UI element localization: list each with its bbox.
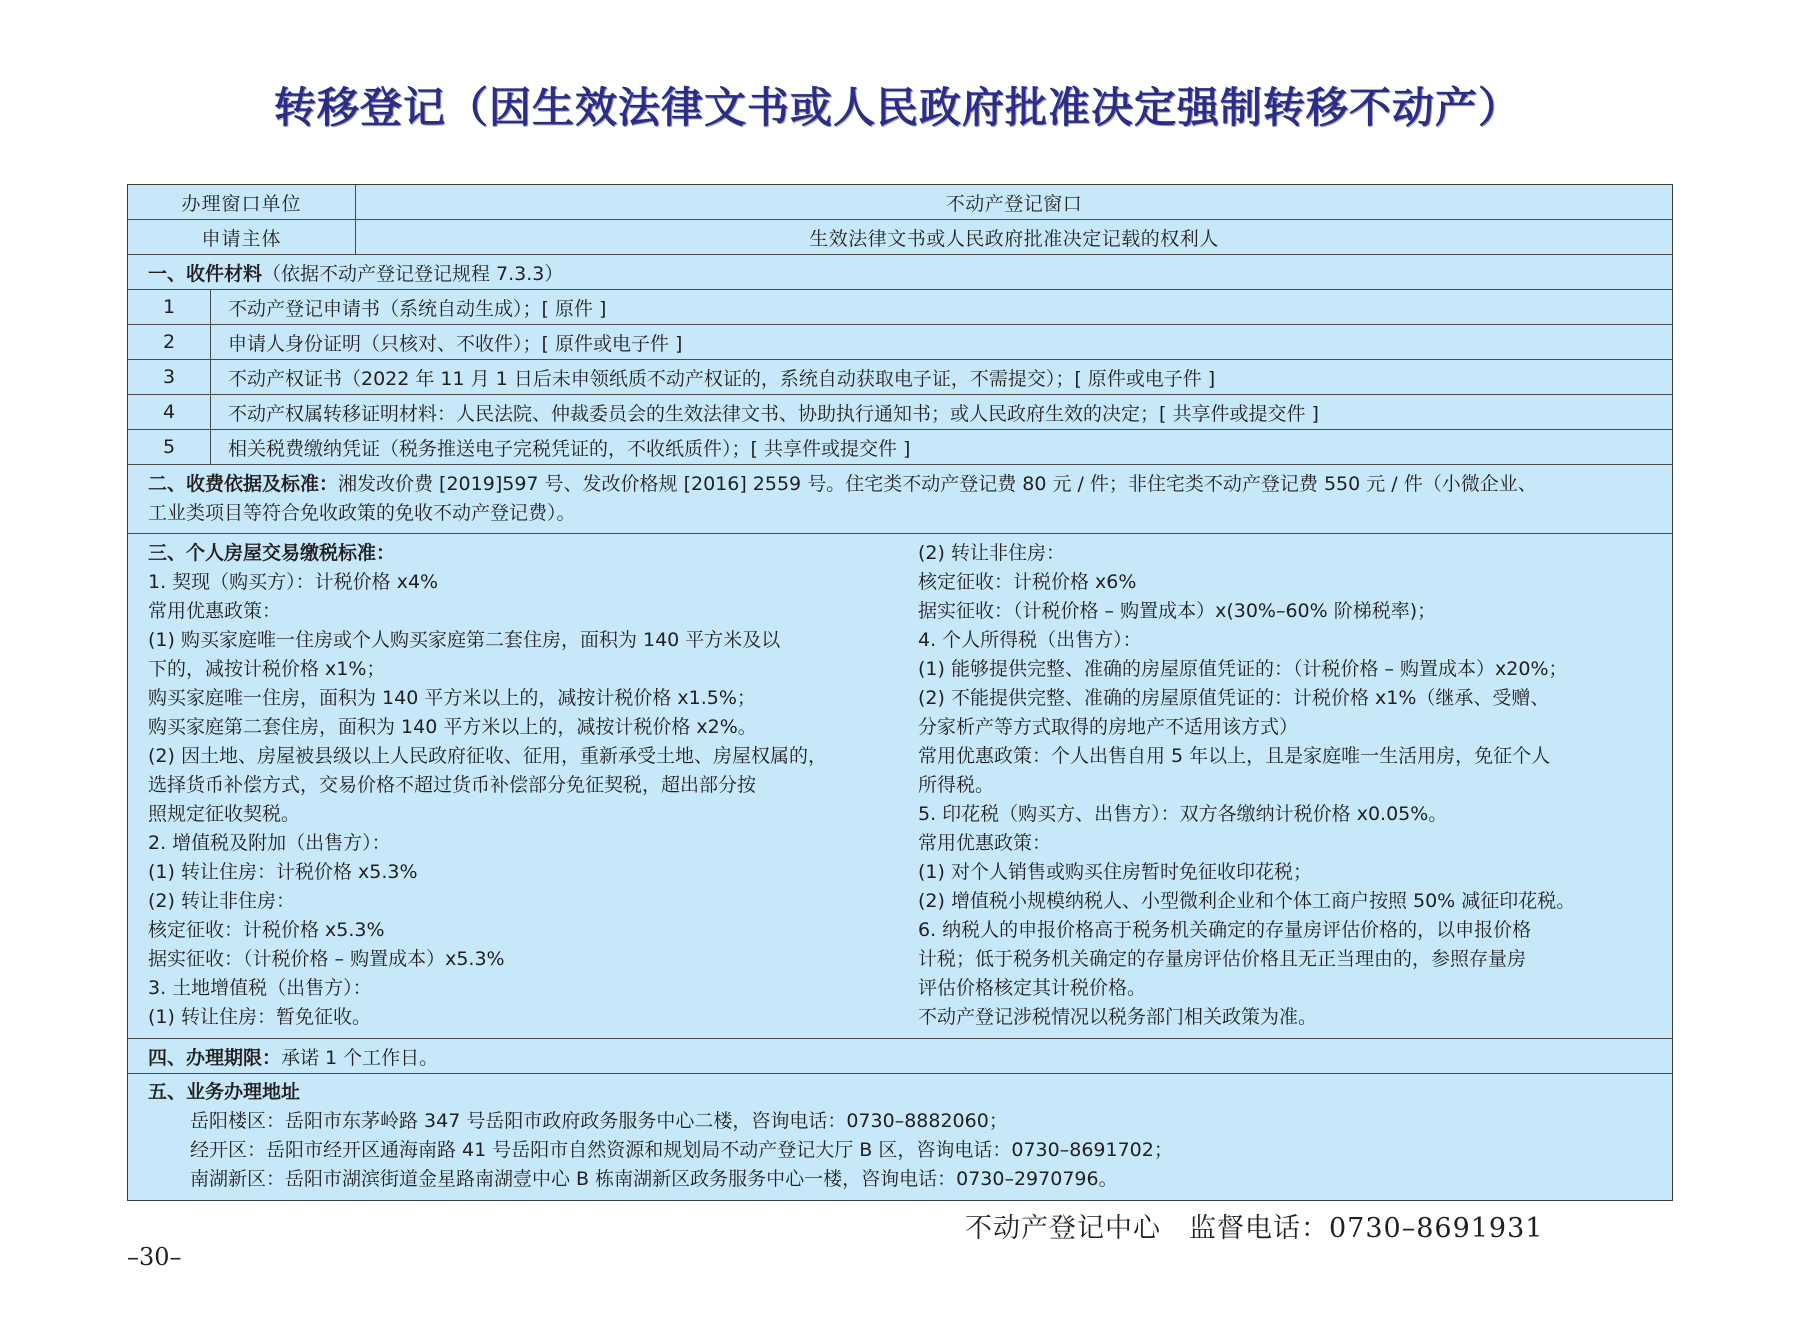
materials-heading-note: （依据不动产登记登记规程 7.3.3） <box>262 259 563 286</box>
fees-row: 二、收费依据及标准：湘发改价费 [2019]597 号、发改价格规 [2016]… <box>128 465 1672 534</box>
tax-line: 计税；低于税务机关确定的存量房评估价格且无正当理由的，参照存量房 <box>918 945 1648 974</box>
tax-row: 三、个人房屋交易缴税标准： 1. 契现（购买方）：计税价格 x4% 常用优惠政策… <box>128 534 1672 1039</box>
tax-column-right: (2) 转让非住房： 核定征收：计税价格 x6% 据实征收：（计税价格 – 购置… <box>918 539 1648 1032</box>
header-row-window-unit: 办理窗口单位 不动产登记窗口 <box>128 185 1672 220</box>
address-heading: 五、业务办理地址 <box>148 1081 300 1103</box>
tax-line: (2) 转让非住房： <box>148 887 918 916</box>
tax-line: (2) 因土地、房屋被县级以上人民政府征收、征用，重新承受土地、房屋权属的， <box>148 742 918 771</box>
tax-line: 选择货币补偿方式，交易价格不超过货币补偿部分免征契税，超出部分按 <box>148 771 918 800</box>
tax-line: (1) 能够提供完整、准确的房屋原值凭证的：（计税价格 – 购置成本）x20%； <box>918 655 1648 684</box>
tax-line: 核定征收：计税价格 x5.3% <box>148 916 918 945</box>
material-number: 2 <box>128 325 211 359</box>
address-section: 五、业务办理地址 岳阳楼区：岳阳市东茅岭路 347 号岳阳市政府政务服务中心二楼… <box>128 1074 1193 1200</box>
material-row: 1 不动产登记申请书（系统自动生成）；[ 原件 ] <box>128 290 1672 325</box>
tax-line: (1) 转让住房：暂免征收。 <box>148 1003 918 1032</box>
material-text: 申请人身份证明（只核对、不收件）；[ 原件或电子件 ] <box>211 325 1672 359</box>
address-row: 五、业务办理地址 岳阳楼区：岳阳市东茅岭路 347 号岳阳市政府政务服务中心二楼… <box>128 1074 1672 1200</box>
tax-line: 据实征收：（计税价格 – 购置成本）x(30%–60% 阶梯税率)； <box>918 597 1648 626</box>
tax-line: 下的，减按计税价格 x1%； <box>148 655 918 684</box>
tax-line: 所得税。 <box>918 771 1648 800</box>
window-unit-value: 不动产登记窗口 <box>356 185 1672 219</box>
material-text: 相关税费缴纳凭证（税务推送电子完税凭证的，不收纸质件）；[ 共享件或提交件 ] <box>211 430 1672 464</box>
period-section: 四、办理期限：承诺 1 个工作日。 <box>128 1039 458 1073</box>
tax-line: (1) 对个人销售或购买住房暂时免征收印花税； <box>918 858 1648 887</box>
tax-line: (2) 增值税小规模纳税人、小型微利企业和个体工商户按照 50% 减征印花税。 <box>918 887 1648 916</box>
materials-heading: 一、收件材料 （依据不动产登记登记规程 7.3.3） <box>128 255 583 289</box>
tax-line: 1. 契现（购买方）：计税价格 x4% <box>148 568 918 597</box>
address-line-nanhu: 南湖新区：岳阳市湖滨街道金星路南湖壹中心 B 栋南湖新区政务服务中心一楼，咨询电… <box>148 1165 1173 1194</box>
tax-line: 不动产登记涉税情况以税务部门相关政策为准。 <box>918 1003 1648 1032</box>
tax-line: 6. 纳税人的申报价格高于税务机关确定的存量房评估价格的，以申报价格 <box>918 916 1648 945</box>
material-text: 不动产权属转移证明材料：人民法院、仲裁委员会的生效法律文书、协助执行通知书；或人… <box>211 395 1672 429</box>
tax-line: 评估价格核定其计税价格。 <box>918 974 1648 1003</box>
fees-line-2: 工业类项目等符合免收政策的免收不动产登记费）。 <box>148 502 576 524</box>
window-unit-label: 办理窗口单位 <box>128 185 356 219</box>
tax-line: 分家析产等方式取得的房地产不适用该方式） <box>918 713 1648 742</box>
tax-column-left: 三、个人房屋交易缴税标准： 1. 契现（购买方）：计税价格 x4% 常用优惠政策… <box>148 539 918 1032</box>
applicant-label: 申请主体 <box>128 220 356 254</box>
material-number: 4 <box>128 395 211 429</box>
fees-line-1: 湘发改价费 [2019]597 号、发改价格规 [2016] 2559 号。住宅… <box>338 473 1537 495</box>
tax-section: 三、个人房屋交易缴税标准： 1. 契现（购买方）：计税价格 x4% 常用优惠政策… <box>128 534 1668 1038</box>
tax-line: 购买家庭唯一住房，面积为 140 平方米以上的，减按计税价格 x1.5%； <box>148 684 918 713</box>
fees-heading: 二、收费依据及标准： <box>148 473 338 495</box>
tax-line: 据实征收：（计税价格 – 购置成本）x5.3% <box>148 945 918 974</box>
material-row: 3 不动产权证书（2022 年 11 月 1 日后未申领纸质不动产权证的，系统自… <box>128 360 1672 395</box>
tax-line: 4. 个人所得税（出售方）： <box>918 626 1648 655</box>
material-text: 不动产登记申请书（系统自动生成）；[ 原件 ] <box>211 290 1672 324</box>
material-number: 3 <box>128 360 211 394</box>
address-line-yueyanglou: 岳阳楼区：岳阳市东茅岭路 347 号岳阳市政府政务服务中心二楼，咨询电话：073… <box>148 1107 1173 1136</box>
tax-line: 2. 增值税及附加（出售方）： <box>148 829 918 858</box>
tax-line: 照规定征收契税。 <box>148 800 918 829</box>
material-row: 5 相关税费缴纳凭证（税务推送电子完税凭证的，不收纸质件）；[ 共享件或提交件 … <box>128 430 1672 465</box>
procedure-table: 办理窗口单位 不动产登记窗口 申请主体 生效法律文书或人民政府批准决定记载的权利… <box>127 184 1673 1201</box>
material-text: 不动产权证书（2022 年 11 月 1 日后未申领纸质不动产权证的，系统自动获… <box>211 360 1672 394</box>
tax-line: 3. 土地增值税（出售方）： <box>148 974 918 1003</box>
tax-line: 常用优惠政策： <box>918 829 1648 858</box>
material-row: 4 不动产权属转移证明材料：人民法院、仲裁委员会的生效法律文书、协助执行通知书；… <box>128 395 1672 430</box>
period-heading: 四、办理期限： <box>148 1043 281 1070</box>
supervision-phone: 不动产登记中心 监督电话：0730–8691931 <box>965 1206 1543 1245</box>
tax-line: (1) 转让住房：计税价格 x5.3% <box>148 858 918 887</box>
period-text: 承诺 1 个工作日。 <box>281 1043 438 1070</box>
material-row: 2 申请人身份证明（只核对、不收件）；[ 原件或电子件 ] <box>128 325 1672 360</box>
tax-line: 5. 印花税（购买方、出售方）：双方各缴纳计税价格 x0.05%。 <box>918 800 1648 829</box>
page-title: 转移登记（因生效法律文书或人民政府批准决定强制转移不动产） <box>0 78 1795 138</box>
tax-line: (1) 购买家庭唯一住房或个人购买家庭第二套住房，面积为 140 平方米及以 <box>148 626 918 655</box>
tax-line: (2) 转让非住房： <box>918 539 1648 568</box>
tax-line: (2) 不能提供完整、准确的房屋原值凭证的：计税价格 x1%（继承、受赠、 <box>918 684 1648 713</box>
material-number: 5 <box>128 430 211 464</box>
fees-section: 二、收费依据及标准：湘发改价费 [2019]597 号、发改价格规 [2016]… <box>128 465 1557 533</box>
page-number: –30– <box>127 1243 182 1271</box>
address-line-jingkai: 经开区：岳阳市经开区通海南路 41 号岳阳市自然资源和规划局不动产登记大厅 B … <box>148 1136 1173 1165</box>
material-number: 1 <box>128 290 211 324</box>
tax-line: 常用优惠政策： <box>148 597 918 626</box>
period-row: 四、办理期限：承诺 1 个工作日。 <box>128 1039 1672 1074</box>
header-row-applicant: 申请主体 生效法律文书或人民政府批准决定记载的权利人 <box>128 220 1672 255</box>
materials-heading-row: 一、收件材料 （依据不动产登记登记规程 7.3.3） <box>128 255 1672 290</box>
materials-heading-title: 一、收件材料 <box>148 259 262 286</box>
applicant-value: 生效法律文书或人民政府批准决定记载的权利人 <box>356 220 1672 254</box>
tax-line: 购买家庭第二套住房，面积为 140 平方米以上的，减按计税价格 x2%。 <box>148 713 918 742</box>
tax-heading: 三、个人房屋交易缴税标准： <box>148 539 918 568</box>
tax-line: 常用优惠政策：个人出售自用 5 年以上，且是家庭唯一生活用房，免征个人 <box>918 742 1648 771</box>
tax-line: 核定征收：计税价格 x6% <box>918 568 1648 597</box>
